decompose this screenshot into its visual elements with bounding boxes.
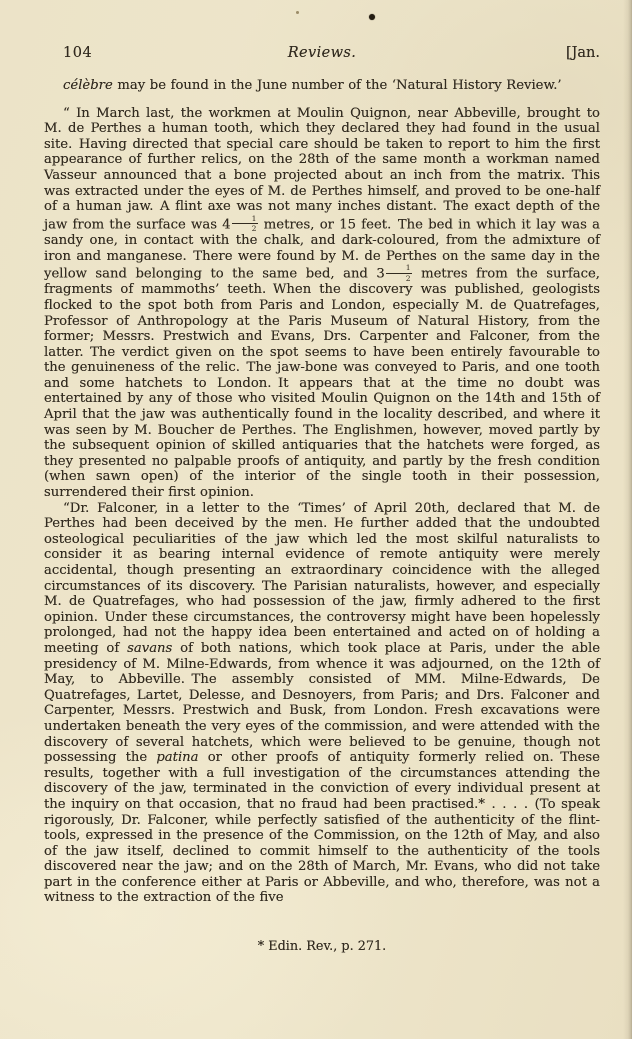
ink-speck-large [369,14,375,20]
italic-text: patina [156,750,198,765]
page-edge-shadow [623,0,632,1039]
issue-label: [Jan. [566,44,600,62]
ink-speck-small [296,11,299,14]
body-text: célèbre may be found in the June number … [44,78,600,906]
stacked-fraction: 12 [386,264,412,282]
running-title: Reviews. [44,44,600,62]
text-run: metres from the surface, fragments of ma… [44,267,600,500]
text-run: or other proofs of antiquity formerly re… [44,750,600,905]
page-header: 104 Reviews. [Jan. [44,44,600,62]
text-run: “Dr. Falconer, in a letter to the ‘Times… [44,501,600,656]
italic-text: savans [127,641,172,656]
paragraph: célèbre may be found in the June number … [44,78,600,94]
paragraph: “ In March last, the workmen at Moulin Q… [44,106,600,501]
text-run: of both nations, which took place at Par… [44,641,600,765]
paragraph: “Dr. Falconer, in a letter to the ‘Times… [44,501,600,906]
text-run: “ In March last, the workmen at Moulin Q… [44,106,600,233]
stacked-fraction: 12 [232,215,258,233]
italic-text: célèbre [63,78,113,93]
scanned-book-page: 104 Reviews. [Jan. célèbre may be found … [0,0,632,1039]
footnote: * Edin. Rev., p. 271. [44,939,600,954]
text-run: may be found in the June number of the ‘… [113,78,562,93]
